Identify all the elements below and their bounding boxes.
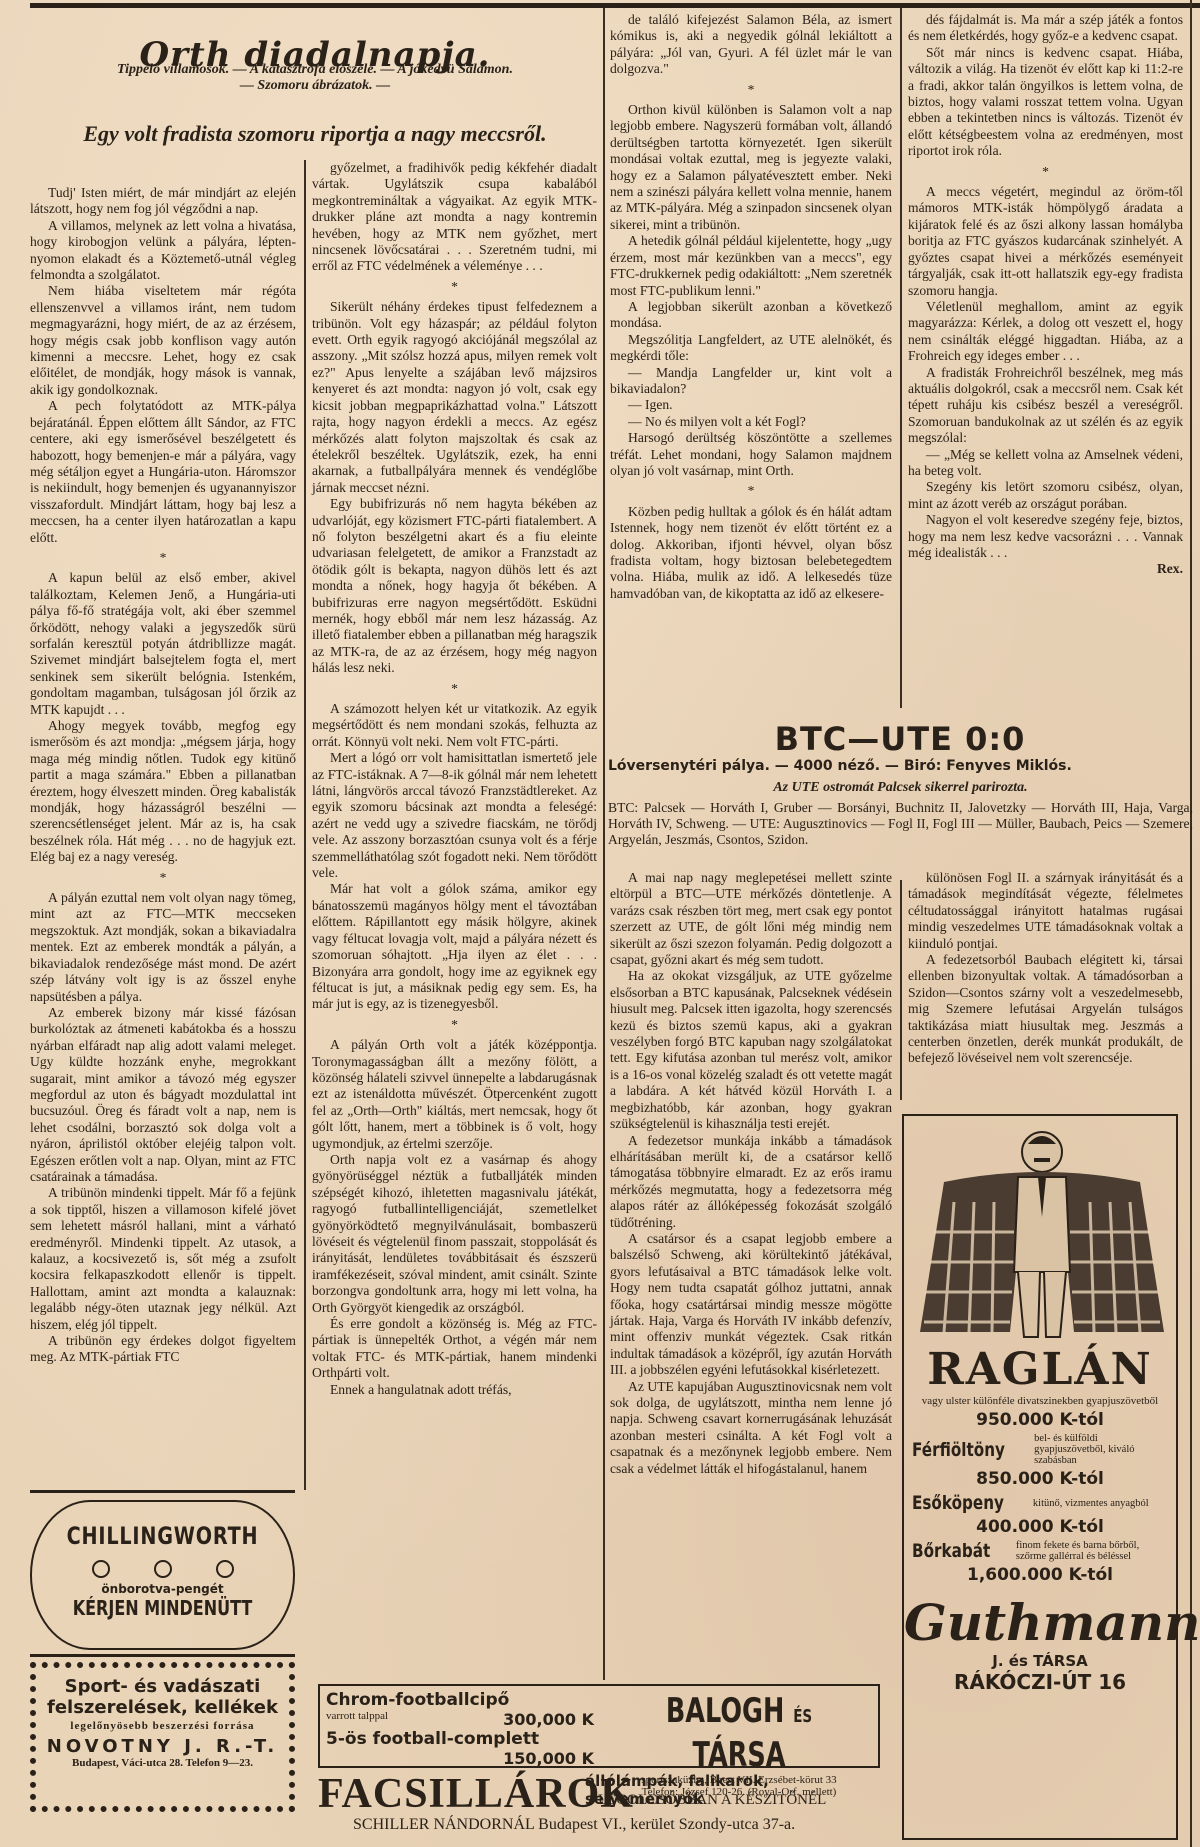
man-in-raglan-coat-illustration xyxy=(914,1122,1166,1340)
ad-headline: Sport- és vadászati felszerelések, kellé… xyxy=(36,1676,289,1718)
ad-text: bel- és külföldi gyapjuszövetből, kiváló… xyxy=(1034,1433,1168,1466)
section-rule xyxy=(30,1490,295,1493)
article-column-3: de találó kifejezést Salamon Béla, az is… xyxy=(610,12,892,602)
ad-brand: CHILLINGWORTH xyxy=(58,1522,267,1550)
author-signature: Rex. xyxy=(908,561,1183,577)
paragraph: A tribünön mindenki tippelt. Már fő a fe… xyxy=(30,1185,296,1333)
paragraph: A mai nap nagy meglepetései mellett szin… xyxy=(610,870,892,968)
paragraph: Egy bubifrizurás nő nem hagyta békében a… xyxy=(312,496,597,676)
ad-price: 400.000 K-tól xyxy=(904,1517,1176,1537)
paragraph: A kapun belül az első ember, akivel talá… xyxy=(30,570,296,718)
paragraph: Nagyon el volt keseredve szegény feje, b… xyxy=(908,512,1183,561)
paragraph: különösen Fogl II. a szárnyak irányitásá… xyxy=(908,870,1183,952)
ad-balogh-es-tarsa: BALOGH ÉS TÁRSA sportszaküzlet, Bpest VI… xyxy=(600,1684,880,1768)
ad-price: 850.000 K-tól xyxy=(904,1469,1176,1489)
page-edge-rule xyxy=(1190,0,1192,1847)
paragraph: A legjobban sikerült azonban a következő… xyxy=(610,299,892,332)
ad-text: finom fekete és barna bőrből, szőrme gal… xyxy=(1016,1540,1168,1562)
paragraph: Ennek a hangulatnak adott tréfás, xyxy=(312,1382,597,1398)
paragraph: Orthon kivül különben is Salamon volt a … xyxy=(610,102,892,233)
section-rule xyxy=(30,1654,295,1657)
ad-text: vagy ulster különféle divatszinekben gya… xyxy=(904,1395,1176,1407)
paragraph: de találó kifejezést Salamon Béla, az is… xyxy=(610,12,892,78)
paragraph: A hetedik gólnál például kijelentette, h… xyxy=(610,233,892,299)
match-report-column-right: különösen Fogl II. a szárnyak irányitásá… xyxy=(908,870,1183,1067)
match-venue: Lóversenytéri pálya. xyxy=(608,758,770,774)
article-subhead: Egy volt fradista szomoru riportja a nag… xyxy=(60,121,570,147)
paragraph: A villamos, melynek az lett volna a hiva… xyxy=(30,218,296,284)
ad-company: J. és TÁRSA xyxy=(904,1652,1176,1670)
paragraph: — Igen. xyxy=(610,397,892,413)
section-separator: * xyxy=(610,483,892,499)
column-divider xyxy=(900,880,902,1100)
paragraph: Mert a lógó orr volt hamisittatlan ismer… xyxy=(312,750,597,881)
article-column-2: győzelmet, a fradihivők pedig kékfehér d… xyxy=(312,160,597,1398)
paragraph: Sőt már nincs is kedvenc csapat. Hiába, … xyxy=(908,45,1183,160)
paragraph: Ahogy megyek tovább, megfog egy ismerősö… xyxy=(30,718,296,866)
match-title: BTC—UTE 0:0 xyxy=(600,720,1200,758)
paragraph: A fedezetsorból Baubach elégitett ki, tá… xyxy=(908,952,1183,1067)
ad-guthmann: RAGLÁN vagy ulster különféle divatszinek… xyxy=(902,1114,1178,1840)
article-column-1: Tudj' Isten miért, de már mindjárt az el… xyxy=(30,185,296,1366)
section-separator: * xyxy=(30,870,296,886)
paragraph: Tudj' Isten miért, de már mindjárt az el… xyxy=(30,185,296,218)
ad-address: SCHILLER NÁNDORNÁL Budapest VI., kerület… xyxy=(353,1816,795,1834)
ad-product: önborotva-pengét xyxy=(32,1582,293,1596)
ad-text: LEGOLCSÓBBAN A KÉSZITŐNÉL xyxy=(598,1792,826,1809)
match-info: Lóversenytéri pálya. — 4000 néző. — Biró… xyxy=(608,758,1193,774)
match-report-column-left: A mai nap nagy meglepetései mellett szin… xyxy=(610,870,892,1477)
ad-headline: RAGLÁN xyxy=(904,1344,1176,1395)
match-lineup: BTC: Palcsek — Horváth I, Gruber — Borsá… xyxy=(608,800,1193,848)
paragraph: — „Még se kellett volna az Amselnek véde… xyxy=(908,447,1183,480)
paragraph: Nem hiába viseltetem már régóta ellensze… xyxy=(30,283,296,398)
ad-chrom-footballcipo: Chrom-footballcipő varrott talppal300,00… xyxy=(318,1684,600,1768)
ad-item: 5-ös football-complett xyxy=(326,1729,594,1749)
paragraph: Már hat volt a gólok száma, amikor egy b… xyxy=(312,881,597,1012)
match-summary: Az UTE ostromát Palcsek sikerrel pariroz… xyxy=(608,780,1193,796)
paragraph: Sikerült néhány érdekes tipust felfedezn… xyxy=(312,299,597,496)
paragraph: Ha az okokat vizsgáljuk, az UTE győzelme… xyxy=(610,968,892,1132)
paragraph: Közben pedig hulltak a gólok és én hálát… xyxy=(610,504,892,602)
ad-item: Férfiöltöny xyxy=(912,1439,1005,1461)
ad-price: 1,600.000 K-tól xyxy=(904,1565,1176,1585)
subtitle-line-2: — Szomoru ábrázatok. — xyxy=(20,78,610,94)
ad-address: Budapest, Váci-utca 28. Telefon 9—23. xyxy=(36,1757,289,1769)
ad-item: Chrom-footballcipő xyxy=(326,1690,594,1710)
paragraph: A tribünön egy érdekes dolgot figyeltem … xyxy=(30,1333,296,1366)
paragraph: A csatársor és a csapat legjobb embere a… xyxy=(610,1231,892,1379)
ad-note: varrott talppal xyxy=(326,1710,388,1729)
column-divider xyxy=(900,8,902,708)
paragraph: A meccs végetért, megindul az öröm-től m… xyxy=(908,184,1183,299)
subtitle-line-1: Tippelő villamosok. — A katasztrófa elős… xyxy=(20,62,610,78)
ad-company: BALOGH ÉS TÁRSA xyxy=(635,1692,844,1774)
ad-price: 950.000 K-tól xyxy=(904,1410,1176,1430)
paragraph: A pályán ezuttal nem volt olyan nagy töm… xyxy=(30,890,296,1005)
paragraph: — No és milyen volt a két Fogl? xyxy=(610,414,892,430)
ad-item: Esőköpeny xyxy=(912,1492,1004,1514)
ad-company: NOVOTNY J. R.-T. xyxy=(36,1736,289,1757)
paragraph: És erre gondolt a közönség is. Még az FT… xyxy=(312,1316,597,1382)
section-separator: * xyxy=(312,681,597,697)
newspaper-page: Orth diadalnapja. Tippelő villamosok. — … xyxy=(0,0,1200,1847)
paragraph: Megszólitja Langfeldert, az UTE alelnöké… xyxy=(610,332,892,365)
paragraph: Az emberek bizony már kissé fázósan burk… xyxy=(30,1005,296,1185)
paragraph: dés fájdalmát is. Ma már a szép játék a … xyxy=(908,12,1183,45)
ad-text: kitünő, vizmentes anyagból xyxy=(1033,1498,1149,1509)
article-subtitle: Tippelő villamosok. — A katasztrófa elős… xyxy=(20,62,610,94)
match-referee: Biró: Fenyves Miklós. xyxy=(904,758,1072,774)
ad-price: 300,000 K xyxy=(503,1710,594,1729)
paragraph: Szegény kis letört szomoru csibész, olya… xyxy=(908,479,1183,512)
paragraph: A számozott helyen két ur vitatkozik. Az… xyxy=(312,701,597,750)
section-separator: * xyxy=(30,550,296,566)
ad-item: Bőrkabát xyxy=(912,1540,990,1562)
ad-price: 150,000 K xyxy=(326,1749,594,1768)
paragraph: győzelmet, a fradihivők pedig kékfehér d… xyxy=(312,160,597,275)
section-separator: * xyxy=(610,82,892,98)
paragraph: Harsogó derültség köszöntötte a szelleme… xyxy=(610,430,892,479)
ad-address: RÁKÓCZI-ÚT 16 xyxy=(904,1670,1176,1694)
paragraph: A pech folytatódott az MTK-pálya bejárat… xyxy=(30,398,296,546)
paragraph: A fedezetsor munkája inkább a támadások … xyxy=(610,1133,892,1231)
paragraph: A pályán Orth volt a játék középpontja. … xyxy=(312,1037,597,1152)
section-separator: * xyxy=(312,279,597,295)
ad-logo: Guthmann xyxy=(904,1593,1176,1652)
paragraph: Az UTE kapujában Augusztinovicsnak nem v… xyxy=(610,1379,892,1477)
column-divider xyxy=(304,160,306,1490)
paragraph: Orth napja volt ez a vasárnap és ahogy g… xyxy=(312,1152,597,1316)
ad-chillingworth: CHILLINGWORTH önborotva-pengét KÉRJEN MI… xyxy=(30,1500,295,1650)
ad-slogan: KÉRJEN MINDENÜTT xyxy=(58,1596,267,1620)
paragraph: Véletlenül meghallom, amint az egyik mag… xyxy=(908,299,1183,365)
paragraph: — Mandja Langfelder ur, kint volt a bika… xyxy=(610,365,892,398)
section-separator: * xyxy=(312,1017,597,1033)
match-attendance: 4000 néző. xyxy=(794,758,880,774)
top-rule xyxy=(30,3,1200,8)
paragraph: A fradisták Frohreichről beszélnek, meg … xyxy=(908,365,1183,447)
section-separator: * xyxy=(908,164,1183,180)
column-divider xyxy=(603,8,605,1680)
ad-novotny: Sport- és vadászati felszerelések, kellé… xyxy=(30,1662,295,1812)
ad-text: legelőnyösebb beszerzési forrása xyxy=(36,1720,289,1732)
razor-rings-icon xyxy=(32,1560,293,1578)
article-column-4: dés fájdalmát is. Ma már a szép játék a … xyxy=(908,12,1183,578)
